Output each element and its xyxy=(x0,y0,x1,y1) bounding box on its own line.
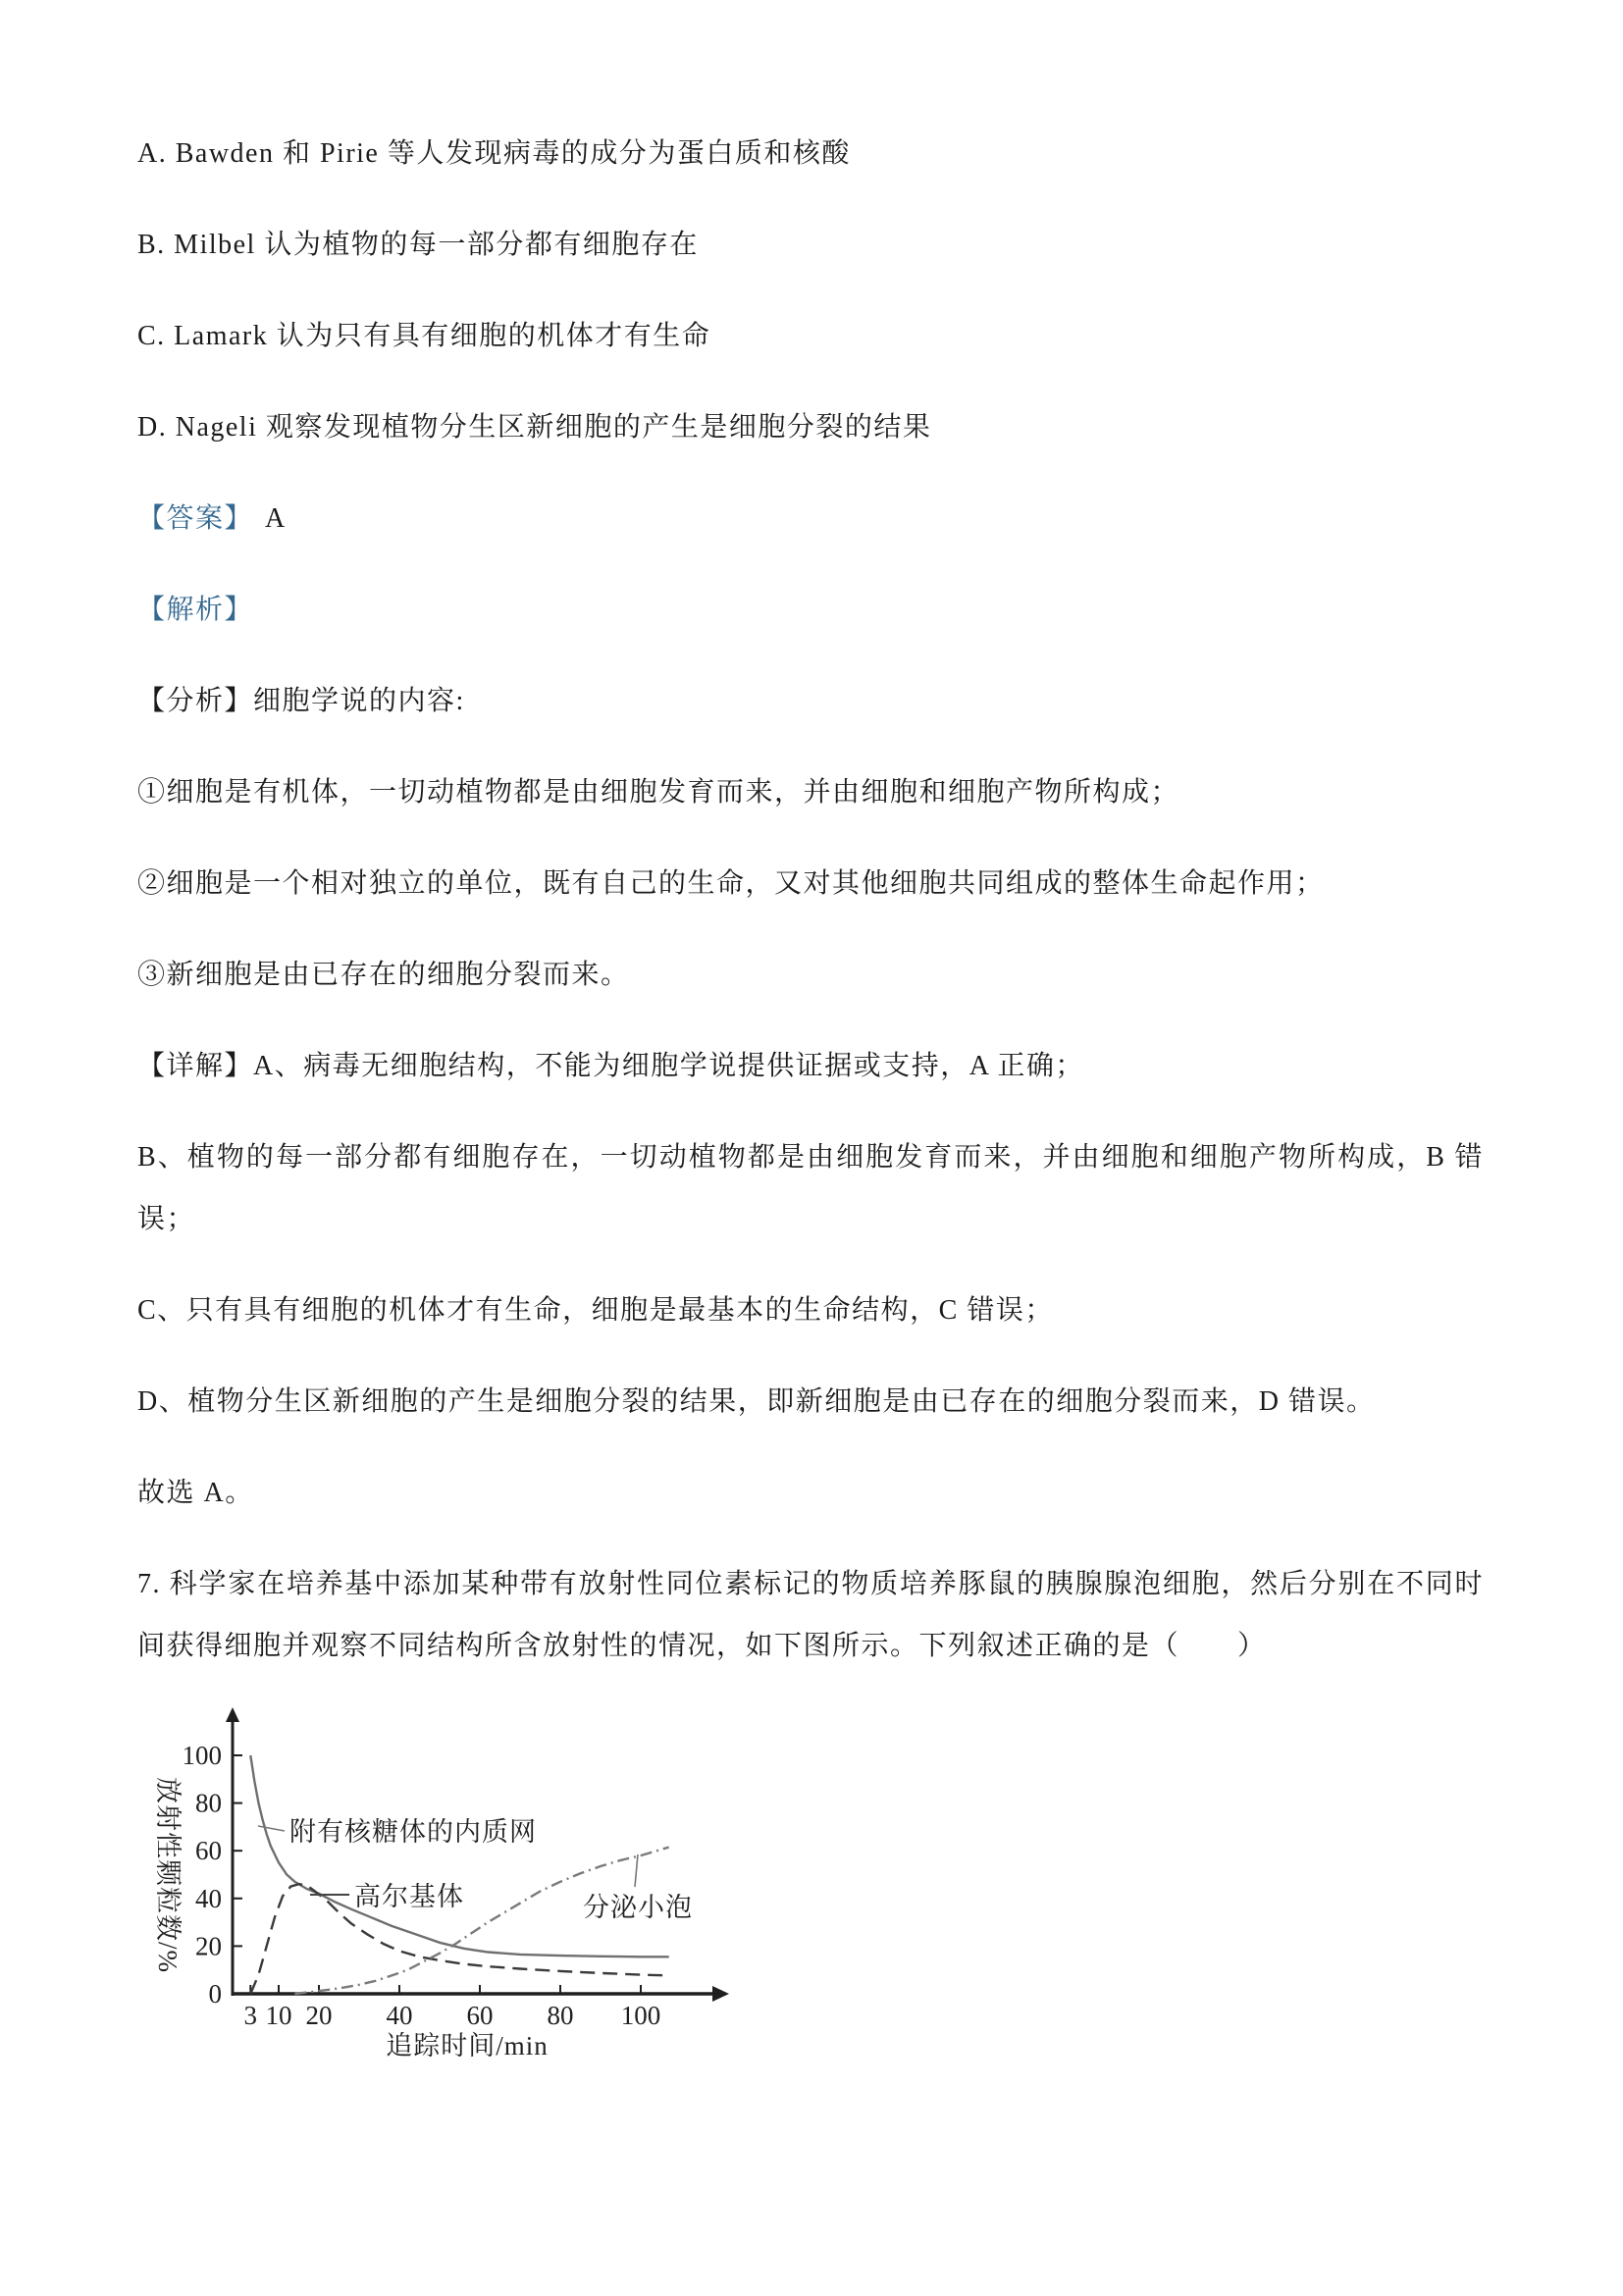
y-tick-label: 100 xyxy=(183,1741,223,1770)
er-series-label: 附有核糖体的内质网 xyxy=(289,1817,537,1847)
y-tick-label: 60 xyxy=(195,1836,222,1865)
option-b: B. Milbel 认为植物的每一部分都有细胞存在 xyxy=(137,214,1484,276)
golgi-series-label: 高尔基体 xyxy=(354,1882,464,1911)
x-tick-label: 60 xyxy=(467,2001,494,2030)
conclusion-line: 故选 A。 xyxy=(137,1462,1484,1524)
er-leader-line xyxy=(258,1826,285,1831)
detail-option-d: D、植物分生区新细胞的产生是细胞分裂的结果，即新细胞是由已存在的细胞分裂而来，D… xyxy=(137,1371,1484,1433)
analysis-marker-line: 【解析】 xyxy=(137,579,1484,641)
y-axis-arrow-icon xyxy=(226,1707,239,1722)
y-tick-label: 80 xyxy=(195,1789,222,1818)
y-tick-label: 0 xyxy=(209,1979,223,2009)
y-tick-label: 20 xyxy=(195,1931,222,1960)
x-tick-label: 40 xyxy=(387,2001,413,2030)
x-axis-label: 追踪时间/min xyxy=(386,2031,549,2061)
document-body: A. Bawden 和 Pirie 等人发现病毒的成分为蛋白质和核酸 B. Mi… xyxy=(137,123,1484,2128)
x-tick-label: 3 xyxy=(244,2001,257,2030)
y-axis-label: 放射性颗粒数/% xyxy=(153,1777,183,1973)
tracking-chart-svg: 31020406080100020406080100附有核糖体的内质网高尔基体分… xyxy=(128,1706,775,2128)
detail-option-c: C、只有具有细胞的机体才有生命，细胞是最基本的生命结构，C 错误； xyxy=(137,1279,1484,1341)
vesicle-series-label: 分泌小泡 xyxy=(583,1893,693,1922)
tracking-chart: 31020406080100020406080100附有核糖体的内质网高尔基体分… xyxy=(128,1706,775,2128)
x-tick-label: 20 xyxy=(306,2001,333,2030)
option-d: D. Nageli 观察发现植物分生区新细胞的产生是细胞分裂的结果 xyxy=(137,396,1484,458)
option-a: A. Bawden 和 Pirie 等人发现病毒的成分为蛋白质和核酸 xyxy=(137,123,1484,184)
analysis-point-1: ①细胞是有机体，一切动植物都是由细胞发育而来，并由细胞和细胞产物所构成； xyxy=(137,761,1484,823)
analysis-point-3: ③新细胞是由已存在的细胞分裂而来。 xyxy=(137,944,1484,1006)
answer-line: 【答案】A xyxy=(137,488,1484,549)
analysis-heading: 【分析】细胞学说的内容: xyxy=(137,670,1484,732)
x-axis-arrow-icon xyxy=(712,1986,729,2002)
x-tick-label: 100 xyxy=(621,2001,661,2030)
curve-er xyxy=(250,1755,668,1957)
detail-option-a: 【详解】A、病毒无细胞结构，不能为细胞学说提供证据或支持，A 正确； xyxy=(137,1035,1484,1097)
answer-label: 【答案】 xyxy=(137,503,253,534)
x-tick-label: 80 xyxy=(548,2001,574,2030)
question-7-stem: 7. 科学家在培养基中添加某种带有放射性同位素标记的物质培养豚鼠的胰腺腺泡细胞，… xyxy=(137,1553,1484,1677)
answer-value: A xyxy=(265,503,287,534)
x-tick-label: 10 xyxy=(266,2001,292,2030)
analysis-label: 【解析】 xyxy=(137,595,253,625)
detail-option-b: B、植物的每一部分都有细胞存在，一切动植物都是由细胞发育而来，并由细胞和细胞产物… xyxy=(137,1126,1484,1250)
vesicle-leader-line xyxy=(635,1854,638,1887)
option-c: C. Lamark 认为只有具有细胞的机体才有生命 xyxy=(137,305,1484,367)
y-tick-label: 40 xyxy=(195,1884,222,1913)
analysis-point-2: ②细胞是一个相对独立的单位，既有自己的生命，又对其他细胞共同组成的整体生命起作用… xyxy=(137,853,1484,914)
